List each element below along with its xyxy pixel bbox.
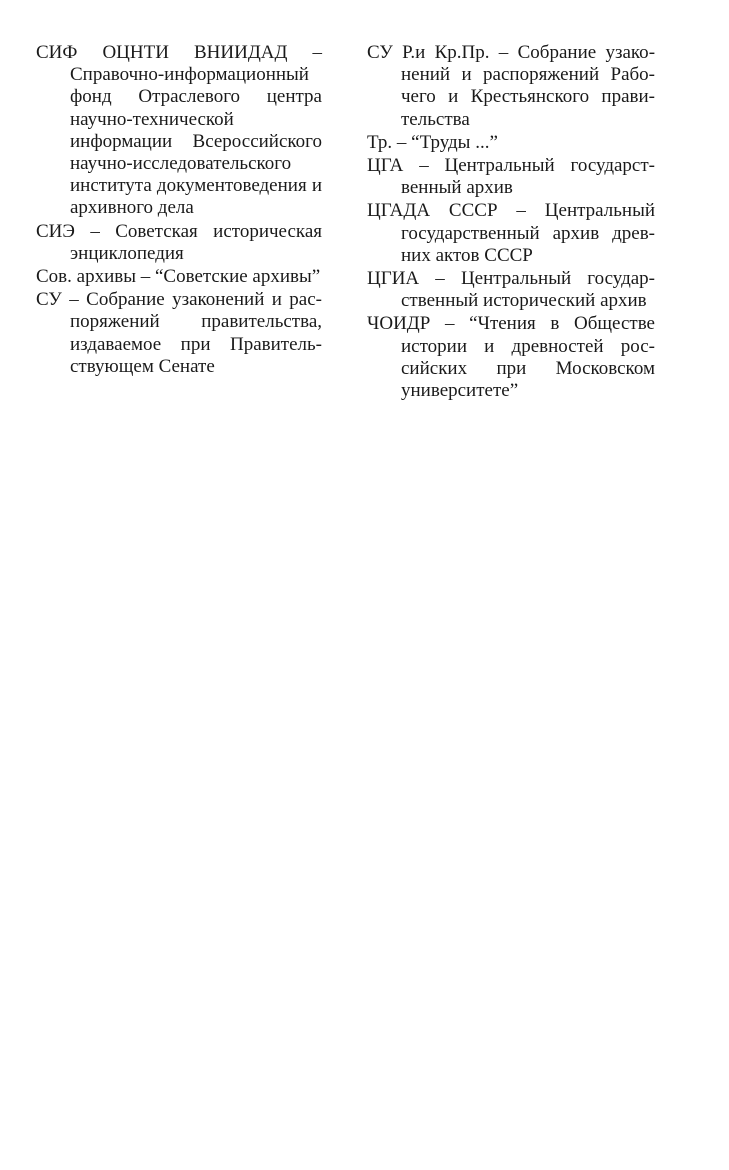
abbreviation-entry: ЧОИДР – “Чтения в Обществе истории и дре…: [367, 313, 655, 402]
abbreviation-entry: СИЭ – Советская историческая энциклопеди…: [36, 221, 322, 265]
abbreviation-entry: СИФ ОЦНТИ ВНИИДАД – Справочно-информацио…: [36, 42, 322, 220]
entry-dash: –: [136, 266, 155, 287]
abbreviation-term: СУ Р.и Кр.Пр.: [367, 42, 490, 63]
abbreviation-entry: СУ – Собрание узаконений и рас­поряжений…: [36, 289, 322, 378]
abbreviation-definition: “Труды ...”: [411, 132, 498, 153]
abbreviation-entry: Тр. – “Труды ...”: [367, 132, 655, 154]
abbreviation-definition: Собрание узаконений и рас­поряжений прав…: [70, 289, 322, 377]
abbreviation-term: СИЭ: [36, 221, 75, 242]
abbreviation-term: Тр.: [367, 132, 392, 153]
abbreviation-entry: ЦГАДА СССР – Центральный государственный…: [367, 200, 655, 267]
entry-dash: –: [62, 289, 86, 310]
entry-dash: –: [75, 221, 115, 242]
abbreviation-definition: Справочно-информацион­ный фонд Отраслево…: [70, 64, 322, 218]
abbreviation-term: ЦГА: [367, 155, 403, 176]
abbreviation-term: ЦГАДА СССР: [367, 200, 498, 221]
abbreviation-term: ЧОИДР: [367, 313, 430, 334]
entry-dash: –: [430, 313, 469, 334]
entry-dash: –: [490, 42, 518, 63]
abbreviations-right-column: СУ Р.и Кр.Пр. – Собрание узако­нений и р…: [367, 42, 655, 402]
abbreviation-term: СУ: [36, 289, 62, 310]
entry-dash: –: [403, 155, 444, 176]
abbreviations-left-column: СИФ ОЦНТИ ВНИИДАД – Справочно-информацио…: [36, 42, 322, 378]
abbreviation-entry: ЦГА – Центральный государст­венный архив: [367, 155, 655, 199]
abbreviation-entry: Сов. архивы – “Советские архи­вы”: [36, 266, 322, 288]
abbreviation-entry: ЦГИА – Центральный государ­ственный исто…: [367, 268, 655, 312]
abbreviation-definition: “Советские архи­вы”: [155, 266, 320, 287]
abbreviation-term: СИФ ОЦНТИ ВНИИДАД: [36, 42, 287, 63]
abbreviation-term: ЦГИА: [367, 268, 419, 289]
entry-dash: –: [498, 200, 545, 221]
entry-dash: –: [287, 42, 322, 63]
entry-dash: –: [419, 268, 461, 289]
abbreviation-entry: СУ Р.и Кр.Пр. – Собрание узако­нений и р…: [367, 42, 655, 131]
entry-dash: –: [392, 132, 411, 153]
abbreviation-term: Сов. архивы: [36, 266, 136, 287]
